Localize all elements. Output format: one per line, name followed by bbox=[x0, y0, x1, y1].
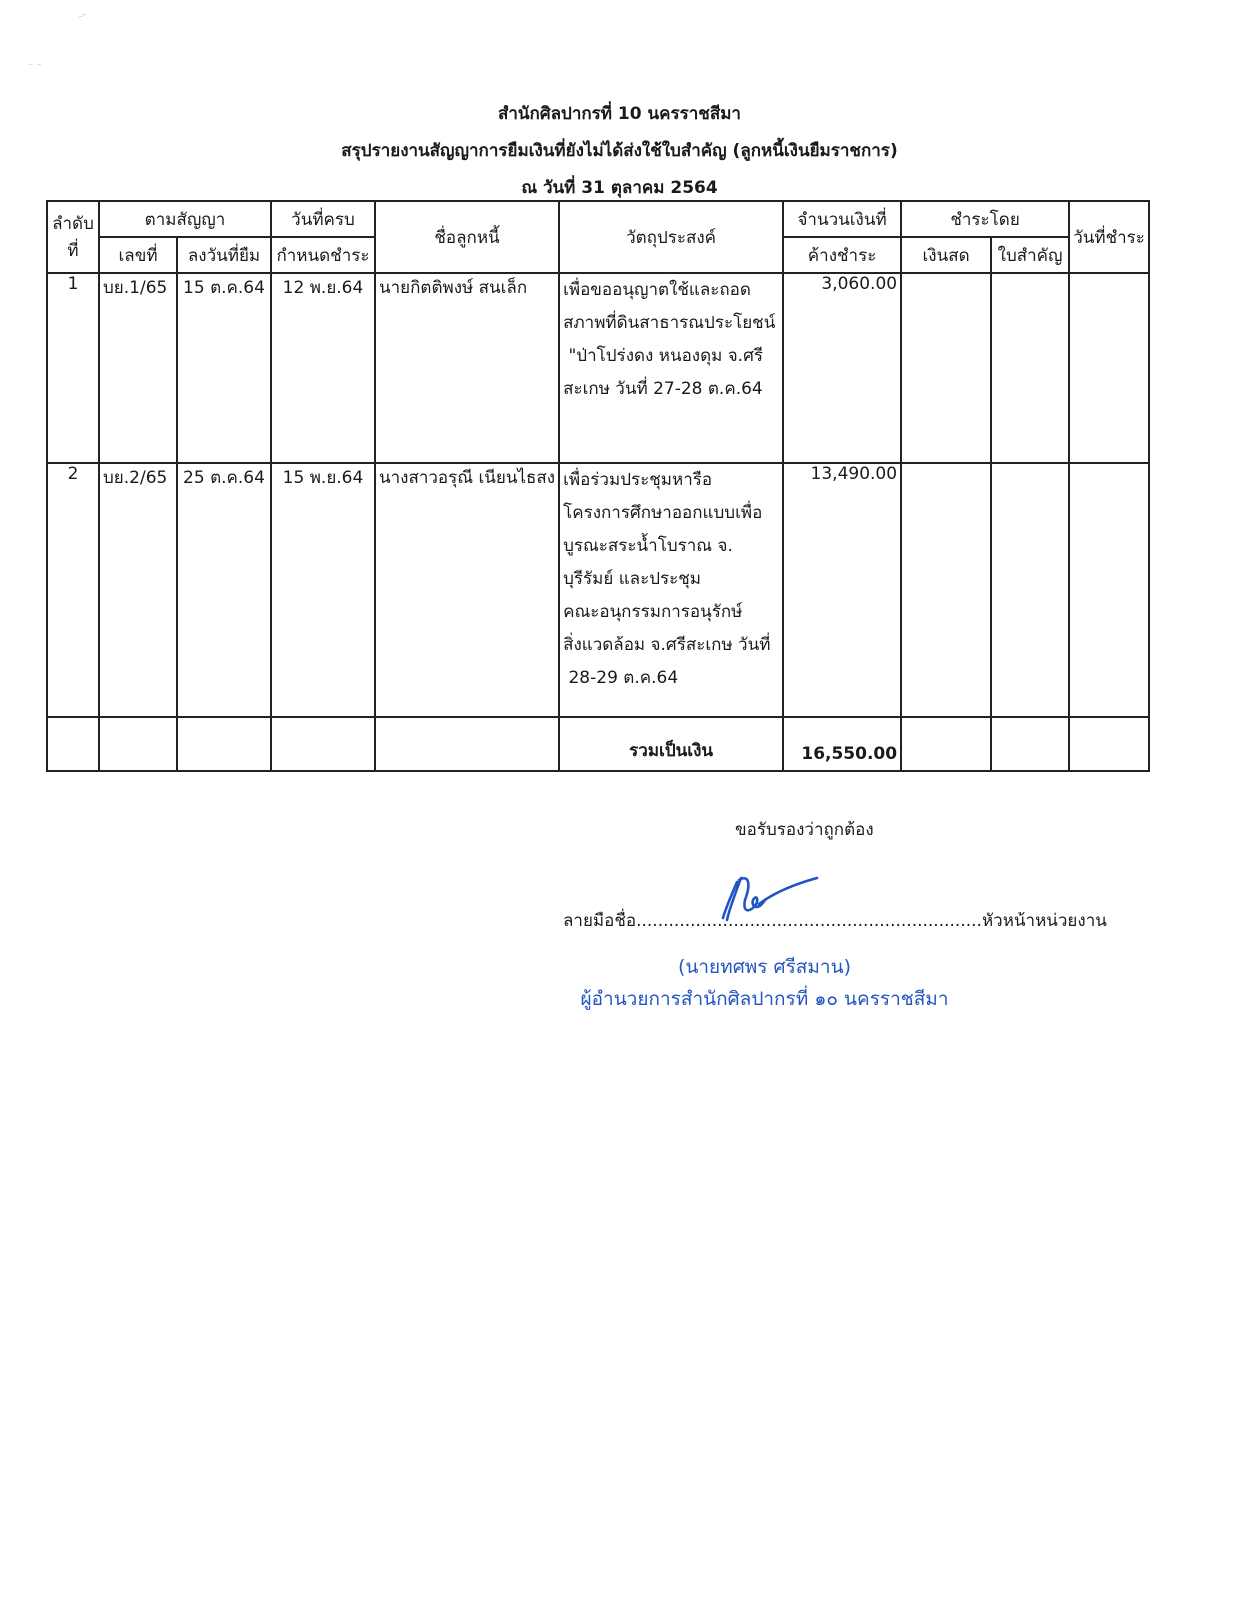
total-empty-cell bbox=[99, 717, 177, 771]
total-row: รวมเป็นเงิน 16,550.00 bbox=[47, 717, 1149, 771]
cell-due-date: 15 พ.ย.64 bbox=[271, 463, 375, 717]
cell-payment-date bbox=[1069, 463, 1149, 717]
cell-amount: 3,060.00 bbox=[783, 273, 901, 463]
table-row: 1 บย.1/65 15 ต.ค.64 12 พ.ย.64 นายกิตติพง… bbox=[47, 273, 1149, 463]
cell-borrow-date: 15 ต.ค.64 bbox=[177, 273, 271, 463]
cell-cash bbox=[901, 273, 991, 463]
signature-line: ลายมือชื่อ..............................… bbox=[563, 907, 1107, 934]
total-empty-cell bbox=[375, 717, 559, 771]
cell-due-date: 12 พ.ย.64 bbox=[271, 273, 375, 463]
total-empty-cell bbox=[1069, 717, 1149, 771]
header-receipt: ใบสำคัญ bbox=[991, 237, 1069, 273]
cell-amount: 13,490.00 bbox=[783, 463, 901, 717]
header-borrow-date: ลงวันที่ยืม bbox=[177, 237, 271, 273]
cell-contract-no: บย.1/65 bbox=[99, 273, 177, 463]
cell-purpose: เพื่อขออนุญาตใช้และถอด สภาพที่ดินสาธารณป… bbox=[559, 273, 783, 463]
loan-report-table: ลำดับ ที่ ตามสัญญา วันที่ครบ ชื่อลูกหนี้… bbox=[46, 200, 1150, 772]
header-amount-line2: ค้างชำระ bbox=[783, 237, 901, 273]
cell-no: 1 bbox=[47, 273, 99, 463]
total-empty-cell bbox=[991, 717, 1069, 771]
total-label: รวมเป็นเงิน bbox=[559, 717, 783, 771]
office-name: สำนักศิลปากรที่ 10 นครราชสีมา bbox=[0, 100, 1239, 127]
total-empty-cell bbox=[47, 717, 99, 771]
header-due-line2: กำหนดชำระ bbox=[271, 237, 375, 273]
header-purpose: วัตถุประสงค์ bbox=[559, 201, 783, 273]
total-empty-cell bbox=[177, 717, 271, 771]
header-paid-by-group: ชำระโดย bbox=[901, 201, 1069, 237]
cell-purpose: เพื่อร่วมประชุมหารือ โครงการศึกษาออกแบบเ… bbox=[559, 463, 783, 717]
scan-artifact: ⁻ ̄ bbox=[78, 14, 86, 25]
certification-statement: ขอรับรองว่าถูกต้อง bbox=[735, 816, 874, 843]
report-title: สรุปรายงานสัญญาการยืมเงินที่ยังไม่ได้ส่ง… bbox=[0, 137, 1239, 164]
cell-debtor: นายกิตติพงษ์ สนเล็ก bbox=[375, 273, 559, 463]
signature-label: ลายมือชื่อ bbox=[563, 911, 636, 931]
cell-contract-no: บย.2/65 bbox=[99, 463, 177, 717]
header-cash: เงินสด bbox=[901, 237, 991, 273]
total-empty-cell bbox=[901, 717, 991, 771]
signer-name: (นายทศพร ศรีสมาน) bbox=[0, 952, 1239, 982]
header-payment-date: วันที่ชำระ bbox=[1069, 201, 1149, 273]
signature-dots: ........................................… bbox=[636, 911, 982, 931]
cell-receipt bbox=[991, 273, 1069, 463]
table-row: 2 บย.2/65 25 ต.ค.64 15 พ.ย.64 นางสาวอรุณ… bbox=[47, 463, 1149, 717]
signer-title: ผู้อำนวยการสำนักศิลปากรที่ ๑๐ นครราชสีมา bbox=[0, 984, 1239, 1014]
scan-artifact: ⁻ ⁻ bbox=[28, 62, 42, 73]
header-contract-group: ตามสัญญา bbox=[99, 201, 271, 237]
header-amount-line1: จำนวนเงินที่ bbox=[783, 201, 901, 237]
header-no: ลำดับ ที่ bbox=[47, 201, 99, 273]
header-contract-no: เลขที่ bbox=[99, 237, 177, 273]
cell-no: 2 bbox=[47, 463, 99, 717]
total-empty-cell bbox=[271, 717, 375, 771]
cell-borrow-date: 25 ต.ค.64 bbox=[177, 463, 271, 717]
signature-role: หัวหน้าหน่วยงาน bbox=[982, 911, 1107, 931]
total-amount: 16,550.00 bbox=[783, 717, 901, 771]
report-date: ณ วันที่ 31 ตุลาคม 2564 bbox=[0, 174, 1239, 201]
cell-debtor: นางสาวอรุณี เนียนไธสง bbox=[375, 463, 559, 717]
cell-receipt bbox=[991, 463, 1069, 717]
header-due-line1: วันที่ครบ bbox=[271, 201, 375, 237]
cell-payment-date bbox=[1069, 273, 1149, 463]
cell-cash bbox=[901, 463, 991, 717]
header-debtor: ชื่อลูกหนี้ bbox=[375, 201, 559, 273]
